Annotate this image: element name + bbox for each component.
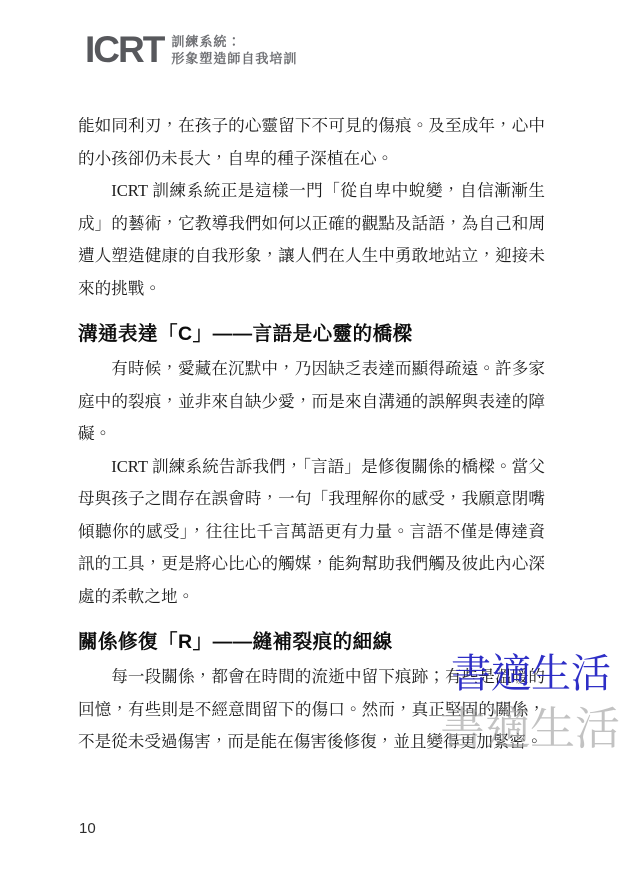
body-paragraph-language-bridge: ICRT 訓練系統告訴我們，「言語」是修復關係的橋樑。當父母與孩子之間存在誤會時… — [78, 451, 545, 614]
body-paragraph-silence: 有時候，愛藏在沉默中，乃因缺乏表達而顯得疏遠。許多家庭中的裂痕，並非來自缺少愛，… — [78, 353, 545, 451]
book-page: ICRT 訓練系統： 形象塑造師自我培訓 能如同利刃，在孩子的心靈留下不可見的傷… — [0, 0, 623, 884]
page-content: 能如同利刃，在孩子的心靈留下不可見的傷痕。及至成年，心中的小孩卻仍未長大，自卑的… — [78, 0, 545, 759]
section-heading-relationship-repair: 關係修復「R」——縫補裂痕的細線 — [78, 629, 545, 655]
body-paragraph-continuation: 能如同利刃，在孩子的心靈留下不可見的傷痕。及至成年，心中的小孩卻仍未長大，自卑的… — [78, 110, 545, 175]
body-paragraph-relationship: 每一段關係，都會在時間的流逝中留下痕跡；有些是溫暖的回憶，有些則是不經意間留下的… — [78, 661, 545, 759]
section-heading-communication: 溝通表達「C」——言語是心靈的橋樑 — [78, 321, 545, 347]
page-number: 10 — [79, 820, 96, 837]
body-paragraph-icrt-intro: ICRT 訓練系統正是這樣一門「從自卑中蛻變，自信漸漸生成」的藝術，它教導我們如… — [78, 175, 545, 305]
